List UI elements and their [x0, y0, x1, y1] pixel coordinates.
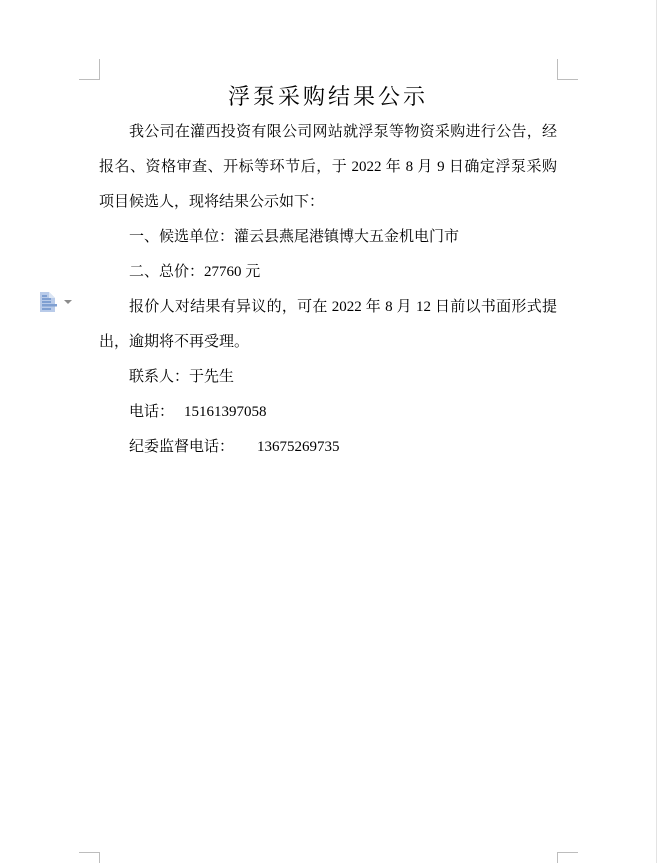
- text-boundary-mark-bottom-left: [79, 852, 100, 863]
- paste-options-button[interactable]: [39, 291, 73, 313]
- paragraph1-line1: 我公司在灌西投资有限公司网站就浮泵等物资采购进行公告，经: [99, 115, 557, 150]
- paragraph1-line2: 报名、资格审查、开标等环节后，于 2022 年 8 月 9 日确定浮泵采购: [99, 150, 557, 185]
- text-boundary-mark-top-right: [557, 59, 578, 80]
- phone-label: 电话：: [129, 404, 174, 420]
- dropdown-arrow-icon: [64, 300, 72, 304]
- contact-line: 联系人：于先生: [99, 360, 557, 395]
- text-boundary-mark-top-left: [79, 59, 100, 80]
- document-title: 浮泵采购结果公示: [99, 79, 557, 115]
- total-price-line: 二、总价：27760 元: [99, 255, 557, 290]
- candidate-unit-line: 一、候选单位：灌云县燕尾港镇博大五金机电门市: [99, 220, 557, 255]
- page-right-edge: [656, 0, 657, 863]
- document-page: { "document": { "title": "浮泵采购结果公示", "pa…: [0, 0, 658, 863]
- paragraph2-line2: 出，逾期将不再受理。: [99, 325, 557, 360]
- document-text-area: 浮泵采购结果公示 我公司在灌西投资有限公司网站就浮泵等物资采购进行公告，经 报名…: [99, 79, 557, 465]
- supervisor-phone-label: 纪委监督电话：: [129, 439, 234, 455]
- phone-number: 15161397058: [184, 404, 267, 420]
- supervisor-phone-line: 纪委监督电话：13675269735: [99, 430, 557, 465]
- supervisor-phone-number: 13675269735: [257, 439, 340, 455]
- paste-options-document-icon: [39, 291, 59, 318]
- phone-line: 电话：15161397058: [99, 395, 557, 430]
- paragraph1-line3: 项目候选人，现将结果公示如下：: [99, 185, 557, 220]
- text-boundary-mark-bottom-right: [557, 852, 578, 863]
- paragraph2-line1: 报价人对结果有异议的，可在 2022 年 8 月 12 日前以书面形式提: [99, 290, 557, 325]
